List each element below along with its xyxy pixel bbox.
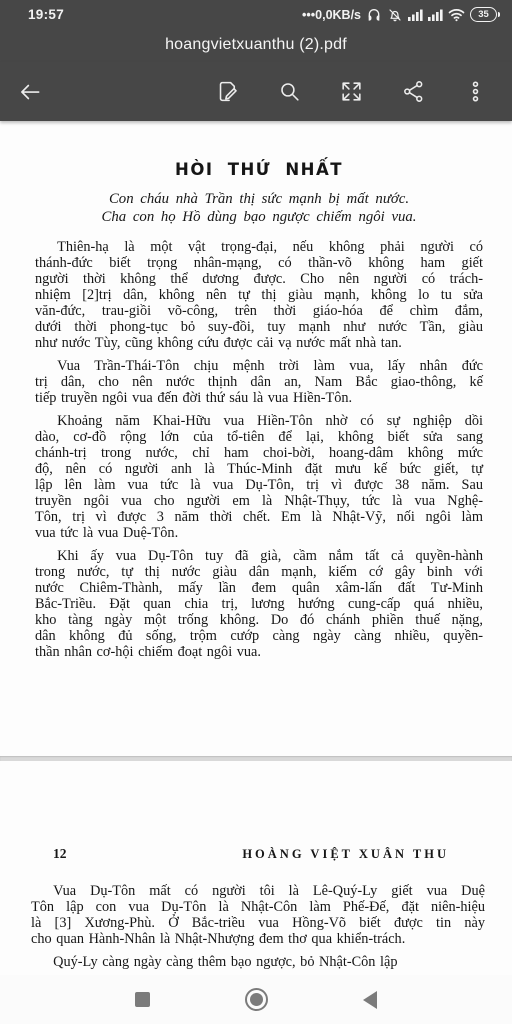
running-header: 12 HOÀNG VIỆT XUÂN THU: [31, 846, 485, 862]
text-line: Thiên-hạ là một vật trọng-đại, nếu không…: [35, 239, 483, 255]
text-line: như nước Tùy, cũng không cứu được cải vạ…: [35, 335, 483, 351]
text-line: chánh-trị trong nước, chỉ ham choi-bời, …: [35, 445, 483, 461]
text-line: tiếp truyền ngôi vua đến đời thứ sáu là …: [35, 390, 483, 406]
back-nav-button[interactable]: [357, 987, 383, 1013]
text-line: trong nước, tự thị nước giàu dân mạnh, k…: [35, 564, 483, 580]
toolbar: [0, 62, 512, 121]
chapter-subtitle: Con cháu nhà Trần thị sức mạnh bị mất nư…: [35, 191, 483, 226]
paragraph: Vua Trần-Thái-Tôn chịu mệnh trời làm vua…: [35, 358, 483, 406]
text-line: kho tàng ngày một trống không. Do đó chá…: [35, 612, 483, 628]
screen: 19:57 •••0,0KB/s: [0, 0, 512, 1024]
navigation-bar: [0, 975, 512, 1024]
text-line: lập lên làm vua tức là vua Dụ-Tôn, trị v…: [35, 477, 483, 493]
paragraph: Khi ấy vua Dụ-Tôn tuy đã già, cầm nắm tấ…: [35, 548, 483, 660]
text-line: độ, nên có người anh là Thúc-Minh đặt mư…: [35, 461, 483, 477]
pdf-page-12: 12 HOÀNG VIỆT XUÂN THU Vua Dụ-Tôn mất có…: [0, 761, 512, 975]
battery-indicator: 35: [470, 7, 497, 22]
text-line: truyền ngôi vua cho người em là Nhật-Thụ…: [35, 493, 483, 509]
text-line: dân không đủ sống, trộm cướp càng ngày c…: [35, 628, 483, 644]
back-arrow-icon: [17, 79, 43, 105]
text-line: Tôn lập con vua Dụ-Tôn là Nhật-Côn làm P…: [31, 899, 485, 915]
status-icons: •••0,0KB/s: [302, 7, 497, 23]
subtitle-line: Cha con họ Hồ dùng bạo ngược chiếm ngôi …: [35, 209, 483, 227]
edit-document-icon: [215, 79, 240, 104]
text-line: thần nhân cơ-hội chiếm đoạt ngôi vua.: [35, 644, 483, 660]
paragraph: Vua Dụ-Tôn mất có người tôi là Lê-Quý-Ly…: [31, 883, 485, 947]
text-line: người thời không thể dương được. Cho nên…: [35, 271, 483, 287]
recents-square-icon: [135, 992, 150, 1007]
text-line: Khi ấy vua Dụ-Tôn tuy đã già, cầm nắm tấ…: [35, 548, 483, 564]
back-triangle-icon: [363, 991, 377, 1009]
document-title: hoangvietxuanthu (2).pdf: [165, 36, 347, 54]
page-body: Vua Dụ-Tôn mất có người tôi là Lê-Quý-Ly…: [31, 883, 485, 970]
text-line: nhiệm [2]trị dân, không nên tự thị giàu …: [35, 287, 483, 303]
text-line: Khoảng năm Khai-Hữu vua Hiền-Tôn nhờ có …: [35, 413, 483, 429]
text-line: Vua Trần-Thái-Tôn chịu mệnh trời làm vua…: [35, 358, 483, 374]
status-bar: 19:57 •••0,0KB/s: [0, 0, 512, 27]
headset-icon: [366, 7, 382, 23]
wifi-icon: [448, 8, 465, 22]
fullscreen-icon: [339, 79, 364, 104]
network-speed: •••0,0KB/s: [302, 8, 361, 22]
recents-button[interactable]: [129, 987, 155, 1013]
share-icon: [401, 79, 426, 104]
title-bar: hoangvietxuanthu (2).pdf: [0, 27, 512, 62]
text-line: dưới thời phong-tục bỏ suy-đồi, tuy mạnh…: [35, 319, 483, 335]
text-line: dào, cơ-đồ rộng lớn của tổ-tiên để lại, …: [35, 429, 483, 445]
text-line: thánh-đức biết trọng nhân-mạng, có thần-…: [35, 255, 483, 271]
signal-icon: [408, 8, 423, 22]
back-button[interactable]: [17, 79, 43, 105]
search-icon: [277, 79, 302, 104]
text-line: văn-đức, trau-giồi võ-công, trên thời gi…: [35, 303, 483, 319]
clock: 19:57: [28, 7, 64, 22]
page-number: 12: [53, 846, 67, 862]
pdf-page-11: HÒI THỨ NHẤT Con cháu nhà Trần thị sức m…: [0, 121, 512, 756]
annotate-button[interactable]: [214, 79, 240, 105]
text-line: Vua Dụ-Tôn mất có người tôi là Lê-Quý-Ly…: [31, 883, 485, 899]
text-line: cho quan Hành-Nhân là Nhật-Nhượng đem th…: [31, 931, 485, 947]
paragraph: Khoảng năm Khai-Hữu vua Hiền-Tôn nhờ có …: [35, 413, 483, 541]
text-line: nước Chiêm-Thành, mấy lần đem quân xâm-l…: [35, 580, 483, 596]
signal-icon: [428, 8, 443, 22]
paragraph: Quý-Ly càng ngày càng thêm bạo ngược, bỏ…: [31, 954, 485, 970]
book-title-header: HOÀNG VIỆT XUÂN THU: [242, 847, 449, 862]
share-button[interactable]: [400, 79, 426, 105]
text-line: Tôn, trị vì được 3 năm thời chết. Em là …: [35, 509, 483, 525]
text-line: trị dân, cho nên nước thịnh dân an, Nam …: [35, 374, 483, 390]
notification-dots: •••: [302, 8, 315, 22]
chapter-title: HÒI THỨ NHẤT: [35, 160, 483, 179]
mute-bell-icon: [387, 7, 403, 23]
more-vertical-icon: [463, 79, 488, 104]
fullscreen-button[interactable]: [338, 79, 364, 105]
subtitle-line: Con cháu nhà Trần thị sức mạnh bị mất nư…: [35, 191, 483, 209]
text-line: là [3] Xương-Phù. Ở Bắc-triều vua Hồng-V…: [31, 915, 485, 931]
text-line: Quý-Ly càng ngày càng thêm bạo ngược, bỏ…: [31, 954, 485, 970]
more-options-button[interactable]: [462, 79, 488, 105]
text-line: Bắc-Triều. Đặt quan chia trị, lương hướn…: [35, 596, 483, 612]
search-button[interactable]: [276, 79, 302, 105]
home-circle-icon: [245, 988, 268, 1011]
pdf-viewport[interactable]: HÒI THỨ NHẤT Con cháu nhà Trần thị sức m…: [0, 121, 512, 975]
paragraph: Thiên-hạ là một vật trọng-đại, nếu không…: [35, 239, 483, 351]
home-button[interactable]: [243, 987, 269, 1013]
battery-percent: 35: [478, 10, 489, 20]
text-line: vua tức là vua Duệ-Tôn.: [35, 525, 483, 541]
page-body: Thiên-hạ là một vật trọng-đại, nếu không…: [35, 239, 483, 660]
